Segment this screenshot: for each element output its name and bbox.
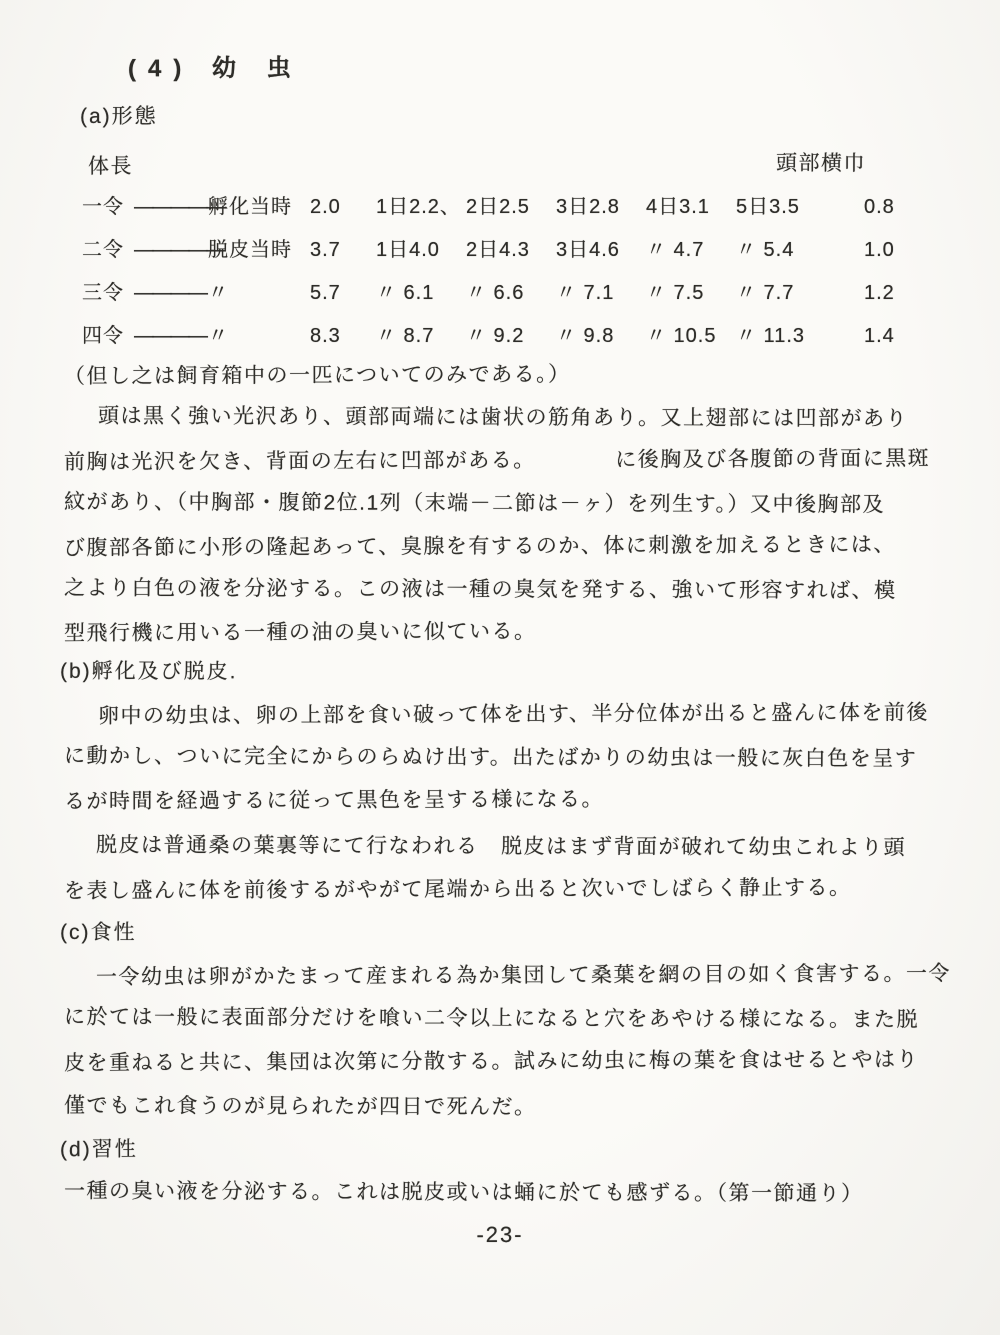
body-line: 紋があり、（中胸部・腹節2位.1列（末端－二節は－ヶ）を列生す。）又中後胸部及 xyxy=(64,486,885,519)
day-value: 2日2.5 xyxy=(466,190,556,219)
day-value: 〃 11.3 xyxy=(736,319,826,348)
base-label: 脱皮当時 xyxy=(208,233,310,262)
page-number: -23- xyxy=(0,1220,1000,1250)
day-value: 〃 4.7 xyxy=(646,233,736,262)
table-row: 二令 ――――― 脱皮当時 3.7 1日4.0 2日4.3 3日4.6 〃 4.… xyxy=(82,233,928,262)
section-b-heading: (b)孵化及び脱皮. xyxy=(60,655,238,686)
table-note: （但し之は飼育箱中の一匹についてのみである。） xyxy=(64,358,571,390)
day-value: 〃 7.5 xyxy=(646,276,736,305)
day-value: 〃 8.7 xyxy=(376,319,466,348)
body-line: 前胸は光沢を欠き、背面の左右に凹部がある。 に後胸及び各腹節の背面に黒斑 xyxy=(64,442,930,476)
page-title: (4) 幼 虫 xyxy=(128,48,303,84)
section-c-heading: (c)食性 xyxy=(60,916,137,946)
body-line: 之より白色の液を分泌する。この液は一種の臭気を発する、強いて形容すれば、模 xyxy=(64,572,897,605)
head-width-value: 1.0 xyxy=(864,239,928,262)
section-a-heading: (a)形態 xyxy=(80,100,158,130)
base-value: 3.7 xyxy=(310,239,376,262)
base-value: 2.0 xyxy=(310,196,376,219)
dash-rule: ―――― xyxy=(134,325,208,348)
document-page: (4) 幼 虫 (a)形態 体長 頭部横巾 一令 ――――― 孵化当時 2.0 … xyxy=(0,0,1000,1335)
base-value: 8.3 xyxy=(310,325,376,348)
day-value: 1日4.0 xyxy=(376,233,466,262)
instar-label: 三令 xyxy=(82,276,134,305)
day-value: 3日2.8 xyxy=(556,190,646,219)
body-line: 皮を重ねると共に、集団は次第に分散する。試みに幼虫に梅の葉を食はせるとやはり xyxy=(64,1043,919,1077)
base-label: 〃 xyxy=(208,276,310,305)
day-value: 2日4.3 xyxy=(466,233,556,262)
table-left-header: 体長 xyxy=(88,150,133,180)
body-line: 卵中の幼虫は、卵の上部を食い破って体を出す、半分位体が出ると盛んに体を前後 xyxy=(98,696,929,730)
instar-label: 一令 xyxy=(82,190,134,219)
body-line: に動かし、ついに完全にからのらぬけ出す。出たばかりの幼虫は一般に灰白色を呈す xyxy=(64,740,917,773)
table-row: 四令 ―――― 〃 8.3 〃 8.7 〃 9.2 〃 9.8 〃 10.5 〃… xyxy=(82,319,928,348)
head-width-value: 0.8 xyxy=(864,196,928,219)
instar-label: 四令 xyxy=(82,319,134,348)
section-d-heading: (d)習性 xyxy=(60,1133,138,1163)
dash-rule: ―――― xyxy=(134,282,208,305)
head-width-value: 1.4 xyxy=(864,325,928,348)
body-line: 脱皮は普通桑の葉裏等にて行なわれる 脱皮はまず背面が破れて幼虫これより頭 xyxy=(96,829,906,862)
body-line: 頭は黒く強い光沢あり、頭部両端には歯状の筋角あり。又上翅部には凹部があり xyxy=(98,400,908,433)
body-line: 一種の臭い液を分泌する。これは脱皮或いは蛹に於ても感ずる。（第一節通り） xyxy=(64,1175,864,1208)
body-line: るが時間を経過するに従って黒色を呈する様になる。 xyxy=(64,783,604,815)
base-label: 孵化当時 xyxy=(208,190,310,219)
day-value: 〃 10.5 xyxy=(646,319,736,348)
body-line: に於ては一般に表面部分だけを喰い二令以上になると穴をあやける様になる。また脱 xyxy=(64,1001,919,1034)
body-line: び腹部各節に小形の隆起あって、臭腺を有するのか、体に刺激を加えるときには、 xyxy=(64,528,896,562)
day-value: 〃 9.8 xyxy=(556,319,646,348)
day-value: 〃 6.6 xyxy=(466,276,556,305)
dash-rule: ――――― xyxy=(134,196,208,219)
base-label: 〃 xyxy=(208,319,310,348)
table-row: 三令 ―――― 〃 5.7 〃 6.1 〃 6.6 〃 7.1 〃 7.5 〃 … xyxy=(82,276,928,305)
day-value: 1日2.2、 xyxy=(376,190,466,219)
day-value: 3日4.6 xyxy=(556,233,646,262)
base-value: 5.7 xyxy=(310,282,376,305)
day-value: 〃 7.7 xyxy=(736,276,826,305)
instar-label: 二令 xyxy=(82,233,134,262)
day-value: 5日3.5 xyxy=(736,190,826,219)
day-value: 〃 5.4 xyxy=(736,233,826,262)
body-line: 一令幼虫は卵がかたまって産まれる為か集団して桑葉を網の目の如く食害する。一令 xyxy=(96,957,951,991)
day-value: 4日3.1 xyxy=(646,190,736,219)
body-line: 型飛行機に用いる一種の油の臭いに似ている。 xyxy=(64,615,537,647)
day-value: 〃 7.1 xyxy=(556,276,646,305)
day-value: 〃 6.1 xyxy=(376,276,466,305)
table-row: 一令 ――――― 孵化当時 2.0 1日2.2、 2日2.5 3日2.8 4日3… xyxy=(82,190,928,219)
body-line: を表し盛んに体を前後するがやがて尾端から出ると次いでしばらく静止する。 xyxy=(64,871,852,904)
head-width-value: 1.2 xyxy=(864,282,928,305)
dash-rule: ――――― xyxy=(134,239,208,262)
body-line: 僅でもこれ食うのが見られたが四日で死んだ。 xyxy=(64,1089,537,1121)
day-value: 〃 9.2 xyxy=(466,319,556,348)
table-right-header: 頭部横巾 xyxy=(776,147,866,177)
